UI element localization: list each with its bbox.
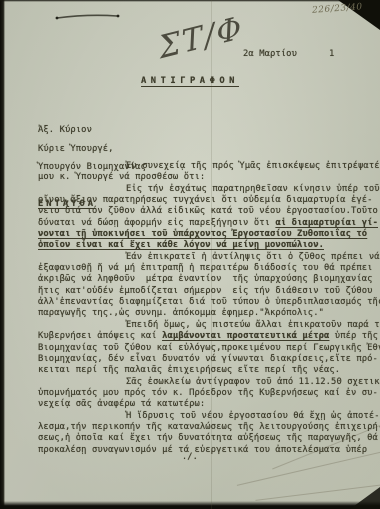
body-line: Ἐν συνεχείᾳ τῆς πρός Ὑμᾶς ἐπισκέψεως ἐπι… [38, 161, 360, 172]
underlined-text: λαμβάνονται προστατευτικά μέτρα [162, 331, 329, 341]
handwritten-classification-mark: ΣΤ/Φ [157, 10, 246, 67]
body-line: ἥτις κατ'οὐδέν ἐμποδίζεται σήμερον εἰς τ… [38, 286, 360, 297]
body-text: Βιομηχανίας τοῦ ζύθου καί εὐλόγως,προκει… [38, 343, 380, 353]
body-text: Κυβερνήσει ἀπόψεις καί [38, 331, 162, 341]
body-text: ἐξαφανισθῇ ἤ νά μή ἐπιτραπῇ ἡ περαιτέρω … [38, 263, 373, 273]
scan-edge-top [0, 0, 380, 2]
body-text: Ἡ ἵδρυσις τοῦ νέου ἐργοστασίου θά ἔχῃ ὡς… [126, 411, 380, 421]
letter-body: Ἐν συνεχείᾳ τῆς πρός Ὑμᾶς ἐπισκέψεως ἐπι… [38, 161, 360, 456]
body-line: νετο διά τόν ζῦθον ἀλλά εἰδικῶς κατά τοῦ… [38, 206, 360, 217]
body-line: δύναται νά δώσῃ ἀφορμήν εἰς παρεξήγησιν … [38, 218, 360, 229]
body-line: ἀκριβῶς νά ληφθοῦν μέτρα ἐναντίον τῆς ὑπ… [38, 274, 360, 285]
body-line: Ἐάν ἐπικρατεῖ ἡ ἀντίληψις ὅτι ὁ ζῦθος πρ… [38, 252, 360, 263]
salutation: Κύριε Ὑπουργέ, [38, 144, 114, 154]
scan-edge-bottom [0, 501, 380, 509]
body-text: Ἐπειδή ὅμως, ὡς πιστεύω ἄλλαι ἐπικρατοῦν… [126, 320, 380, 330]
body-line: ἀλλ'ἐπεναντίας διαφημίζεται διά τοῦ τύπο… [38, 297, 360, 308]
handwritten-file-number: 226/23/40 [312, 2, 363, 16]
body-line: Βιομηχανίας τοῦ ζύθου καί εὐλόγως,προκει… [38, 343, 360, 354]
recipient-line: Ἀξ. Κύριον [38, 124, 146, 136]
body-text: δύναται νά δώσῃ ἀφορμήν εἰς παρεξήγησιν … [38, 218, 275, 228]
staple-mark-icon [55, 7, 121, 26]
body-text: κειται περί τῆς παλαιᾶς ἐπιχειρήσεως εἴτ… [38, 365, 340, 375]
body-text: μου κ. Ὑπουργέ νά προσθέσω ὅτι: [38, 172, 205, 182]
body-text: νετο διά τόν ζῦθον ἀλλά εἰδικῶς κατά τοῦ… [38, 206, 378, 216]
body-text: νεχείᾳ σᾶς ἀναφέρω τά κατωτέρω: [38, 399, 205, 409]
body-line: Ἡ ἵδρυσις τοῦ νέου ἐργοστασίου θά ἔχῃ ὡς… [38, 411, 360, 422]
body-line: ὑπομνήματός μου πρός τόν κ. Πρόεδρον τῆς… [38, 388, 360, 399]
body-text: Ἐν συνεχείᾳ τῆς πρός Ὑμᾶς ἐπισκέψεως ἐπι… [126, 161, 380, 171]
body-line: λεσμα,τήν περικοπήν τῆς καταναλώσεως τῆς… [38, 422, 360, 433]
body-text: ἀκριβῶς νά ληφθοῦν μέτρα ἐναντίον τῆς ὑπ… [38, 274, 373, 284]
continuation-mark: ./. [0, 452, 380, 462]
body-text: Ἐάν ἐπικρατεῖ ἡ ἀντίληψις ὅτι ὁ ζῦθος πρ… [126, 252, 380, 262]
body-line: παραγωγῆς της.,ὡς συνημ. ἀπόκομμα ἐφημερ… [38, 308, 360, 319]
body-line: Σᾶς ἐσωκλείω ἀντίγραφον τοῦ ἀπό 11.12.50… [38, 377, 360, 388]
body-text: Σᾶς ἐσωκλείω ἀντίγραφον τοῦ ἀπό 11.12.50… [126, 377, 380, 387]
body-line: Βιομηχανίας, δέν εἶναι δυνατόν νά γίνωντ… [38, 354, 360, 365]
scan-corner-bottom-right [350, 487, 380, 509]
document-title: ΑΝΤΙΓΡΑΦΟΝ [0, 76, 380, 86]
body-text: ἥτις κατ'οὐδέν ἐμποδίζεται σήμερον εἰς τ… [38, 286, 373, 296]
body-line: νεχείᾳ σᾶς ἀναφέρω τά κατωτέρω: [38, 399, 360, 410]
body-line: Κυβερνήσει ἀπόψεις καί λαμβάνονται προστ… [38, 331, 360, 342]
body-line: μου κ. Ὑπουργέ νά προσθέσω ὅτι: [38, 172, 360, 183]
body-line: νονται τῇ ὑποκινήσει τοῦ ὑπάρχοντος Ἐργο… [38, 229, 360, 240]
underlined-text: ὁποῖον εἶναι καί ἔχει κάθε λόγον νά μείν… [38, 240, 324, 250]
body-line: ὁποῖον εἶναι καί ἔχει κάθε λόγον νά μείν… [38, 240, 360, 251]
body-line: οἴνου,ἄξιον παρατηρήσεως τυγχάνει ὅτι οὐ… [38, 195, 360, 206]
body-line: σεως,ἡ ὁποῖα καί ἔχει τήν δυνατότητα αὐξ… [38, 433, 360, 444]
underlined-text: νονται τῇ ὑποκινήσει τοῦ ὑπάρχοντος Ἐργο… [38, 229, 367, 239]
page-number: 1 [329, 49, 334, 59]
body-text: παραγωγῆς της.,ὡς συνημ. ἀπόκομμα ἐφημερ… [38, 308, 324, 318]
body-text: Βιομηχανίας, δέν εἶναι δυνατόν νά γίνωντ… [38, 354, 378, 364]
document-date: 2α Μαρτίου [243, 49, 297, 59]
body-text: Εἰς τήν ἐσχάτως παρατηρηθεῖσαν κίνησιν ὑ… [126, 184, 380, 194]
body-text: λεσμα,τήν περικοπήν τῆς καταναλώσεως τῆς… [38, 422, 380, 432]
body-text: οἴνου,ἄξιον παρατηρήσεως τυγχάνει ὅτι οὐ… [38, 195, 373, 205]
underlined-text: αἱ διαμαρτυρίαι γί- [275, 218, 378, 228]
body-line: ἐξαφανισθῇ ἤ νά μή ἐπιτραπῇ ἡ περαιτέρω … [38, 263, 360, 274]
body-text: σεως,ἡ ὁποῖα καί ἔχει τήν δυνατότητα αὐξ… [38, 433, 378, 443]
paper-crease [255, 484, 380, 501]
body-text: ἀλλ'ἐπεναντίας διαφημίζεται διά τοῦ τύπο… [38, 297, 380, 307]
body-text: ὑπέρ τῆς [329, 331, 378, 341]
body-line: Ἐπειδή ὅμως, ὡς πιστεύω ἄλλαι ἐπικρατοῦν… [38, 320, 360, 331]
body-text: ὑπομνήματός μου πρός τόν κ. Πρόεδρον τῆς… [38, 388, 378, 398]
scanned-document-page: 226/23/40 ΣΤ/Φ 2α Μαρτίου 1 ΑΝΤΙΓΡΑΦΟΝ Ἀ… [0, 0, 380, 509]
body-line: κειται περί τῆς παλαιᾶς ἐπιχειρήσεως εἴτ… [38, 365, 360, 376]
body-line: Εἰς τήν ἐσχάτως παρατηρηθεῖσαν κίνησιν ὑ… [38, 184, 360, 195]
